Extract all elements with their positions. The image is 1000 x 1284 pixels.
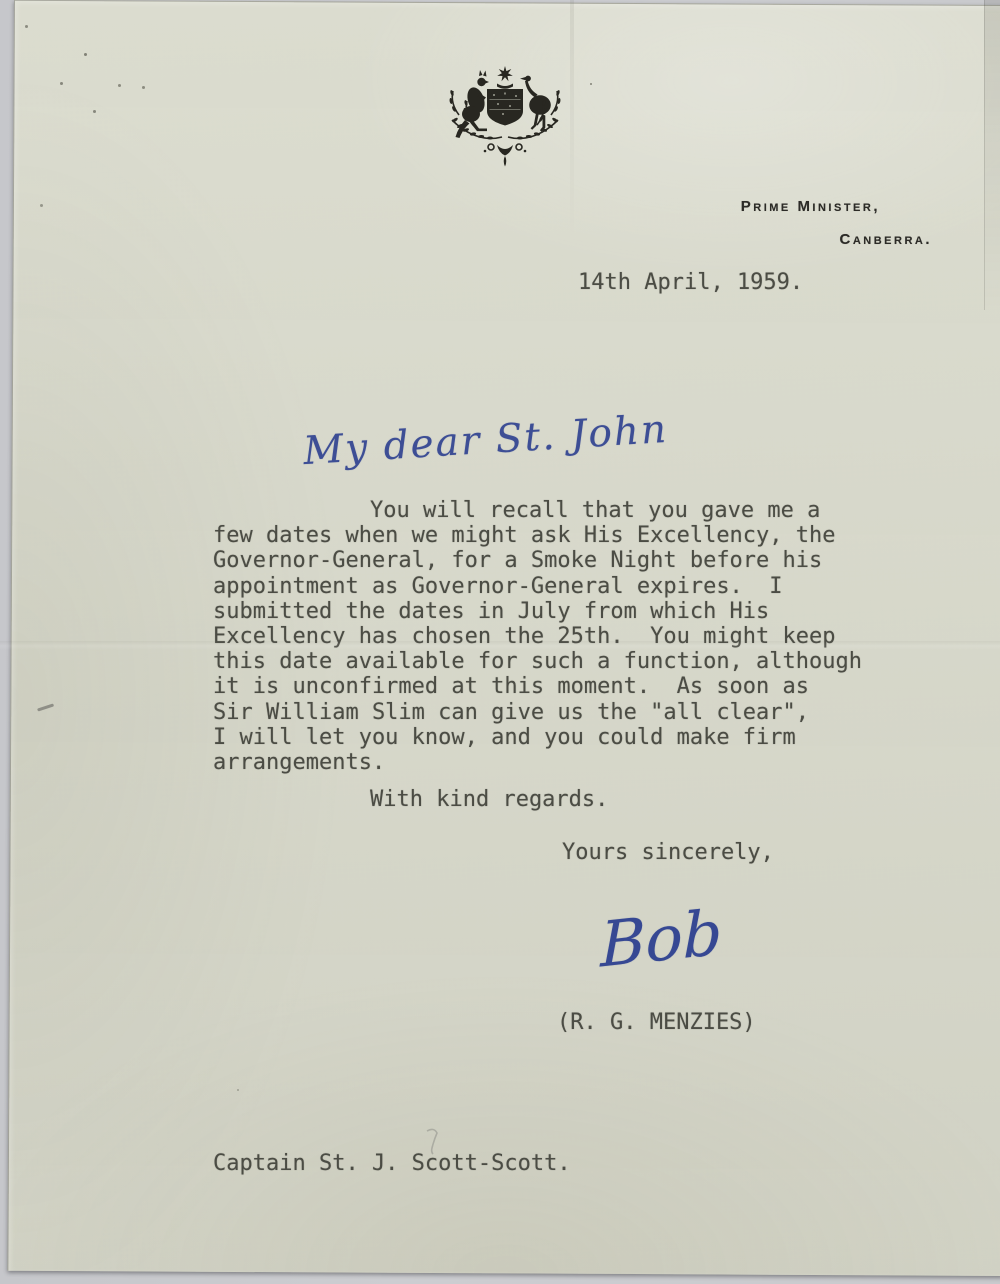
body-line: You will recall that you gave me a — [213, 498, 903, 523]
body-line: Governor-General, for a Smoke Night befo… — [213, 548, 903, 573]
letterhead-office: Prime Minister, — [741, 198, 880, 215]
paper-speck — [40, 204, 43, 207]
paper-speck — [84, 53, 87, 56]
body-line: I will let you know, and you could make … — [213, 725, 903, 750]
right-edge-fold — [984, 0, 1000, 310]
body-line: few dates when we might ask His Excellen… — [213, 523, 903, 548]
body-line: arrangements. — [213, 750, 903, 775]
paper-speck — [590, 83, 592, 85]
vertical-crease — [570, 0, 574, 240]
valediction-line: Yours sincerely, — [562, 840, 774, 865]
letter-body: You will recall that you gave me a few d… — [213, 498, 903, 775]
letter-date: 14th April, 1959. — [578, 270, 803, 295]
handwritten-signature: Bob — [600, 895, 722, 981]
body-line: Sir William Slim can give us the "all cl… — [213, 700, 903, 725]
letter-photo: Prime Minister, Canberra. 14th April, 19… — [0, 0, 1000, 1284]
signatory-line: (R. G. MENZIES) — [557, 1010, 756, 1035]
recipient-line: Captain St. J. Scott-Scott. — [213, 1151, 571, 1176]
handwritten-salutation: My dear St. John — [302, 407, 669, 474]
paper-speck — [25, 25, 28, 28]
paper-speck — [142, 86, 145, 89]
pencil-mark — [37, 703, 54, 711]
emu-icon — [520, 76, 551, 132]
body-line: this date available for such a function,… — [213, 649, 903, 674]
letter-content: Prime Minister, Canberra. 14th April, 19… — [0, 0, 1000, 1284]
body-line: appointment as Governor-General expires.… — [213, 574, 903, 599]
horizontal-fold-crease — [0, 641, 1000, 650]
scroll-ornament-icon — [484, 144, 527, 167]
letterhead-city: Canberra. — [840, 231, 933, 248]
shield-icon — [487, 89, 523, 126]
regards-line: With kind regards. — [370, 787, 608, 812]
commonwealth-star-icon — [497, 66, 513, 89]
body-line: submitted the dates in July from which H… — [213, 599, 903, 624]
paper-speck — [60, 82, 63, 85]
paper-speck — [93, 110, 96, 113]
paper-speck — [118, 84, 121, 87]
australian-coat-of-arms-icon — [439, 63, 571, 169]
pencil-squiggle-mark — [423, 1127, 445, 1157]
body-line: it is unconfirmed at this moment. As soo… — [213, 674, 903, 699]
paper-speck — [237, 1089, 239, 1091]
